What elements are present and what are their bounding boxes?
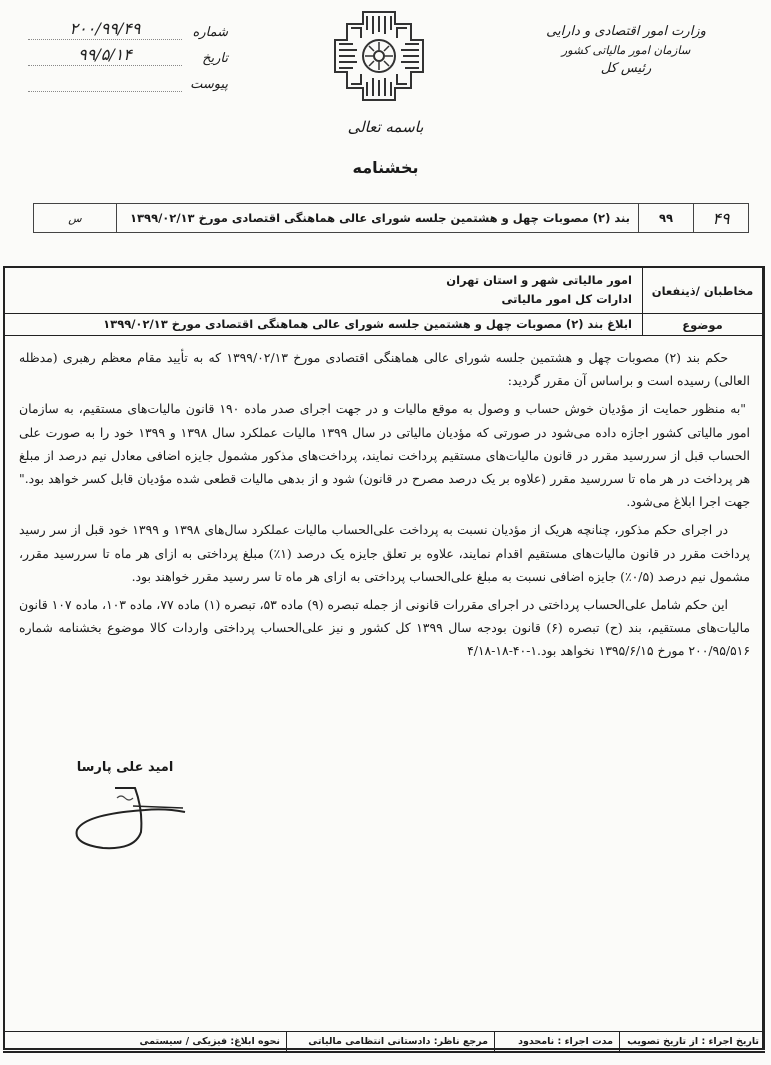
recipients-label: مخاطبان /ذینفعان	[642, 268, 762, 313]
reference-block: شماره ۲۰۰/۹۹/۴۹ تاریخ ۹۹/۵/۱۴ پیوست	[28, 14, 228, 92]
circular-number: ۴۹	[693, 204, 748, 232]
subject-row: موضوع ابلاغ بند (۲) مصوبات چهل و هشتمین …	[5, 314, 762, 336]
paragraph-resolution-quote: "به منظور حمایت از مؤدیان خوش حساب و وصو…	[19, 397, 750, 513]
tax-organization-emblem-icon	[333, 10, 425, 102]
paragraph-intro: حکم بند (۲) مصوبات چهل و هشتمین جلسه شور…	[19, 346, 750, 392]
execution-duration: مدت اجراء : نامحدود	[494, 1032, 619, 1051]
reference-date-label: تاریخ	[182, 51, 228, 66]
subject-value: ابلاغ بند (۲) مصوبات چهل و هشتمین جلسه ش…	[5, 314, 642, 335]
signature-icon	[45, 780, 195, 860]
reference-number-label: شماره	[182, 25, 228, 40]
reference-attachment-label: پیوست	[182, 77, 228, 92]
ministry-name: وزارت امور اقتصادی و دارایی	[521, 24, 731, 39]
circular-body-box: مخاطبان /ذینفعان امور مالیاتی شهر و استا…	[3, 266, 765, 1050]
reference-date-value: ۹۹/۵/۱۴	[28, 45, 182, 66]
organization-name: سازمان امور مالیاتی کشور	[521, 43, 731, 57]
signature-block: امید علی پارسا	[65, 760, 185, 775]
delivery-method: نحوه ابلاغ: فیزیکی / سیستمی	[3, 1032, 286, 1051]
execution-date: تاریخ اجراء : از تاریخ تصویب	[619, 1032, 765, 1051]
recipients-line-1: امور مالیاتی شهر و استان تهران	[15, 271, 632, 290]
reference-number-value: ۲۰۰/۹۹/۴۹	[28, 19, 182, 40]
recipients-row: مخاطبان /ذینفعان امور مالیاتی شهر و استا…	[5, 268, 762, 314]
recipients-value: امور مالیاتی شهر و استان تهران ادارات کل…	[5, 268, 642, 313]
circular-year: ۹۹	[638, 204, 693, 232]
oversight-authority: مرجع ناظر: دادستانی انتظامی مالیاتی	[286, 1032, 494, 1051]
footer-metadata: تاریخ اجراء : از تاریخ تصویب مدت اجراء :…	[3, 1031, 765, 1053]
signatory-name: امید علی پارسا	[65, 760, 185, 775]
reference-attachment-row: پیوست	[28, 66, 228, 92]
recipients-line-2: ادارات کل امور مالیاتی	[15, 290, 632, 309]
circular-text: حکم بند (۲) مصوبات چهل و هشتمین جلسه شور…	[5, 336, 762, 663]
reference-attachment-value	[28, 90, 182, 92]
bismillah: باسمه تعالی	[0, 118, 771, 136]
reference-number-row: شماره ۲۰۰/۹۹/۴۹	[28, 14, 228, 40]
subject-label: موضوع	[642, 314, 762, 335]
paragraph-implementation: در اجرای حکم مذکور، چنانچه هریک از مؤدیا…	[19, 518, 750, 588]
reference-date-row: تاریخ ۹۹/۵/۱۴	[28, 40, 228, 66]
head-title: رئیس کل	[521, 61, 731, 76]
paragraph-exclusions: این حکم شامل علی‌الحساب پرداختی در اجرای…	[19, 593, 750, 663]
document-type: بخشنامه	[0, 158, 771, 177]
ministry-header: وزارت امور اقتصادی و دارایی سازمان امور …	[521, 24, 731, 76]
circular-title: بند (۲) مصوبات چهل و هشتمین جلسه شورای ع…	[116, 204, 638, 232]
circular-code: س	[34, 204, 116, 232]
circular-id-strip: ۴۹ ۹۹ بند (۲) مصوبات چهل و هشتمین جلسه ش…	[33, 203, 749, 233]
